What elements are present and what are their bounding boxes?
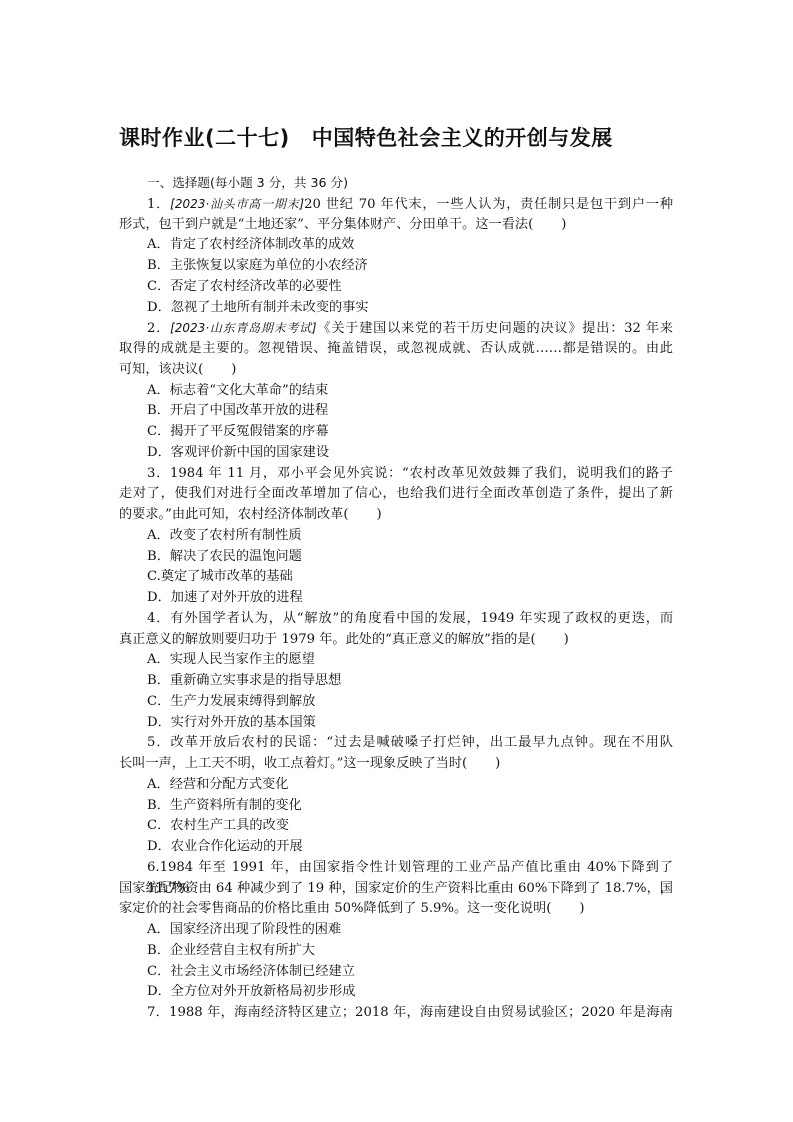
question-stem-line: 2．[2023·山东青岛期末考试]《关于建国以来党的若干历史问题的决议》提出：3… [119, 318, 673, 339]
question-4: 4．有外国学者认为，从“解放”的角度看中国的发展，1949 年实现了政权的更迭，… [119, 609, 673, 734]
section-heading: 一、选择题(每小题 3 分，共 36 分) [119, 173, 673, 194]
question-6: 6.1984 年至 1991 年，由国家指令性计划管理的工业产品产值比重由 40… [119, 858, 673, 1003]
question-stem-line: 6.1984 年至 1991 年，由国家指令性计划管理的工业产品产值比重由 40… [119, 858, 673, 879]
question-stem-line: 走对了，使我们对进行全面改革增加了信心，也给我们进行全面改革创造了条件，提出了新 [119, 484, 673, 505]
option-c: C．生产力发展束缚得到解放 [119, 692, 673, 713]
option-a: A．肯定了农村经济体制改革的成效 [119, 235, 673, 256]
question-stem-line: 1．[2023·汕头市高一期末]20 世纪 70 年代末，一些人认为，责任制只是… [119, 194, 673, 215]
option-b: B．生产资料所有制的变化 [119, 796, 673, 817]
option-c: C．农村生产工具的改变 [119, 816, 673, 837]
option-c: C．社会主义市场经济体制已经建立 [119, 962, 673, 983]
question-stem-line: 长叫一声，上工天不明，收工点着灯。”这一现象反映了当时() [119, 754, 673, 775]
question-stem-line: 3．1984 年 11 月，邓小平会见外宾说：“农村改革见效鼓舞了我们，说明我们… [119, 464, 673, 485]
option-d: D．加速了对外开放的进程 [119, 588, 673, 609]
option-c: C．揭开了平反冤假错案的序幕 [119, 422, 673, 443]
question-2: 2．[2023·山东青岛期末考试]《关于建国以来党的若干历史问题的决议》提出：3… [119, 318, 673, 463]
question-source: [2023·汕头市高一期末] [170, 197, 304, 211]
option-d: D．客观评价新中国的国家建设 [119, 443, 673, 464]
option-d: D．农业合作化运动的开展 [119, 837, 673, 858]
option-a: A．实现人民当家作主的愿望 [119, 650, 673, 671]
question-5: 5．改革开放后农村的民谣：“过去是喊破嗓子打烂钟，出工最早九点钟。现在不用队 长… [119, 733, 673, 858]
option-d: D．忽视了土地所有制并未改变的事实 [119, 298, 673, 319]
option-b: B．主张恢复以家庭为单位的小农经济 [119, 256, 673, 277]
option-d: D．全方位对外开放新格局初步形成 [119, 982, 673, 1003]
question-source: [2023·山东青岛期末考试] [170, 321, 317, 335]
question-7: 7．1988 年，海南经济特区建立；2018 年，海南建设自由贸易试验区；202… [119, 1003, 673, 1024]
title-assignment-number: 课时作业(二十七) [119, 126, 290, 150]
question-stem-line: 可知，该决议() [119, 360, 673, 381]
question-stem-line: 家定价的社会零售商品的价格比重由 50%降低到了 5.9%。这一变化说明() [119, 899, 673, 920]
option-a: A．改变了农村所有制性质 [119, 526, 673, 547]
question-3: 3．1984 年 11 月，邓小平会见外宾说：“农村改革见效鼓舞了我们，说明我们… [119, 464, 673, 609]
question-stem-line: 真正意义的解放则要归功于 1979 年。此处的“真正意义的解放”指的是() [119, 630, 673, 651]
question-stem-line: 4．有外国学者认为，从“解放”的角度看中国的发展，1949 年实现了政权的更迭，… [119, 609, 673, 630]
option-b: B．企业经营自主权有所扩大 [119, 941, 673, 962]
option-b: B．重新确立实事求是的指导思想 [119, 671, 673, 692]
question-stem-line: 的要求。”由此可知，农村经济体制改革() [119, 505, 673, 526]
question-stem-line: 国家统配物资由 64 种减少到了 19 种，国家定价的生产资料比重由 60%下降… [119, 879, 673, 900]
title-topic: 中国特色社会主义的开创与发展 [312, 126, 613, 150]
document-body: 一、选择题(每小题 3 分，共 36 分) 1．[2023·汕头市高一期末]20… [119, 173, 673, 1024]
option-d: D．实行对外开放的基本国策 [119, 713, 673, 734]
question-stem-line: 5．改革开放后农村的民谣：“过去是喊破嗓子打烂钟，出工最早九点钟。现在不用队 [119, 733, 673, 754]
question-stem-line: 7．1988 年，海南经济特区建立；2018 年，海南建设自由贸易试验区；202… [119, 1003, 673, 1024]
option-c: C．否定了农村经济改革的必要性 [119, 277, 673, 298]
option-b: B．开启了中国改革开放的进程 [119, 401, 673, 422]
option-a: A．国家经济出现了阶段性的困难 [119, 920, 673, 941]
option-a: A．经营和分配方式变化 [119, 775, 673, 796]
question-1: 1．[2023·汕头市高一期末]20 世纪 70 年代末，一些人认为，责任制只是… [119, 194, 673, 319]
option-c: C.奠定了城市改革的基础 [119, 567, 673, 588]
page-title: 课时作业(二十七)中国特色社会主义的开创与发展 [119, 122, 673, 152]
question-stem-line: 形式，包干到户就是“土地还家”、平分集体财产、分田单干。这一看法() [119, 215, 673, 236]
question-stem-line: 取得的成就是主要的。忽视错误、掩盖错误，或忽视成就、否认成就……都是错误的。由此 [119, 339, 673, 360]
option-b: B．解决了农民的温饱问题 [119, 547, 673, 568]
option-a: A．标志着“文化大革命”的结束 [119, 381, 673, 402]
